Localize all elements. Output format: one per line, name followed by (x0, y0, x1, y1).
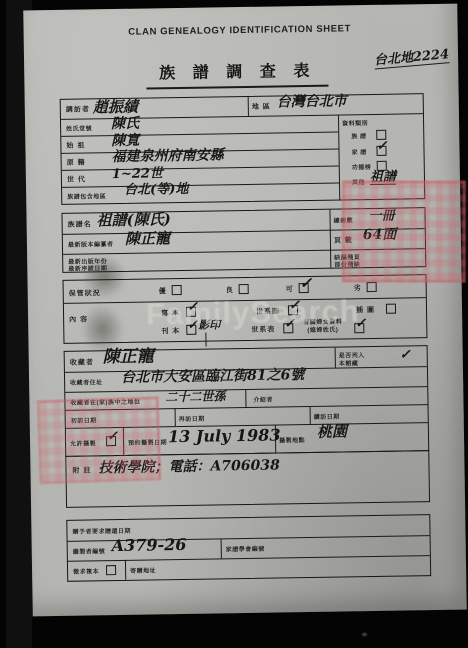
followup-visit-label: 續訪日期 (314, 412, 340, 421)
condition-label: 保管狀況 (69, 288, 101, 299)
introducer-label: 介紹者 (253, 395, 273, 404)
ancestor-label: 始 祖 (66, 140, 85, 150)
origin-label: 原 籍 (67, 157, 86, 167)
clan-value: 陳氏 (111, 117, 139, 131)
divider (338, 115, 340, 200)
owner-value: 陳正寵 (103, 348, 154, 366)
checkbox-illustrations (386, 304, 396, 314)
generations-value: 1~22世 (112, 167, 163, 181)
illustrations-label: 插 圖 (356, 305, 375, 315)
checkmark-printed: ✓ (187, 319, 198, 332)
checkmark-family: ✓ (376, 140, 387, 153)
divider (62, 166, 339, 171)
checkmark-listed: ✓ (400, 348, 411, 361)
checkmark-lineage-chart: ✓ (289, 299, 300, 312)
scanned-page: CLAN GENEALOGY IDENTIFICATION SHEET 族 譜 … (0, 0, 468, 648)
lineage-table-label: 世系表 (251, 325, 275, 335)
donor-return-date-label: 贈予者要求贈還日期 (72, 526, 131, 536)
origin-value: 福建泉州府南安縣 (111, 148, 223, 164)
condition-poor-label: 劣 (354, 283, 362, 293)
divider (64, 297, 426, 304)
checkbox-excellent (172, 285, 182, 295)
table-condition: 保管狀況 優 良 可 ✓ 劣 內 容 寫 本 ✓ 世系圖 ✓ 插 圖 刊 本 ✓… (63, 274, 428, 344)
checkbox-poor (367, 282, 377, 292)
divider (125, 560, 126, 580)
divider (175, 408, 176, 426)
checkmark-women-data: ✓ (355, 317, 366, 330)
divider (310, 406, 311, 424)
divider (68, 555, 430, 562)
compiler-value: 陳正寵 (125, 231, 170, 247)
printed-annotation: 影印 (198, 319, 220, 330)
operator-number-value: A379-26 (112, 537, 187, 554)
filming-date-value: 13 July 1983 (168, 427, 281, 445)
red-seal-stamp-right (342, 180, 466, 282)
generations-label: 世 代 (67, 174, 86, 184)
interviewer-value: 趙振績 (93, 100, 138, 116)
divider (221, 538, 222, 558)
request-copy-label: 徵求複本 (73, 566, 99, 575)
table-numbering: 贈予者要求贈還日期 攝製者編號 A379-26 家譜學會編號 徵求複本 寄贈地址 (66, 514, 431, 582)
category-family-label: 家 譜 (351, 147, 366, 156)
filming-location-value: 桃園 (317, 424, 347, 439)
second-visit-label: 再訪日期 (179, 414, 205, 423)
owner-address-label: 收藏者住址 (70, 377, 103, 387)
listed-label-line2: 本館藏 (339, 358, 359, 367)
paper-sheet: CLAN GENEALOGY IDENTIFICATION SHEET 族 譜 … (23, 4, 466, 617)
ancestor-value: 陳寬 (111, 134, 139, 148)
condition-fair-label: 可 (286, 284, 294, 294)
red-seal-stamp-left (37, 396, 162, 484)
compiler-label: 最新版本編纂者 (68, 239, 114, 249)
divider (248, 97, 249, 116)
manuscript-label: 寫 本 (161, 308, 180, 318)
owner-label: 收藏者 (70, 357, 94, 367)
owner-position-value: 二十二世孫 (165, 390, 225, 403)
divider (62, 183, 339, 188)
genealogy-name-label: 族譜名 (68, 219, 92, 229)
genealogy-name-value: 祖譜(陳氏) (96, 212, 170, 228)
checkmark-lineage-table: ✓ (284, 317, 295, 330)
divider (335, 348, 336, 368)
category-label: 資料類別 (342, 118, 368, 127)
women-data-sublabel: (媳婦姓氏) (307, 325, 338, 334)
annotation-line (205, 333, 206, 347)
society-number-label: 家譜學會編號 (226, 544, 265, 554)
condition-excellent-label: 優 (159, 286, 167, 296)
filming-location-label: 攝製地點 (279, 435, 305, 444)
contents-label: 內 容 (69, 314, 88, 324)
scan-speck (362, 633, 367, 636)
page-title: 族 譜 調 查 表 (146, 58, 328, 90)
interviewer-label: 調訪者 (66, 104, 90, 114)
operator-number-label: 攝製者編號 (73, 546, 106, 556)
coverage-label: 族譜包含地區 (67, 191, 106, 201)
divider (329, 210, 331, 268)
divider (61, 132, 338, 137)
preface-date-label: 最新序跋日期 (68, 263, 107, 273)
checkbox-request-copy (106, 565, 116, 575)
checkmark-fair: ✓ (299, 276, 312, 291)
area-label: 地 區 (252, 102, 271, 112)
mailing-address-label: 寄贈地址 (130, 565, 156, 574)
clan-label: 姓氏堂號 (66, 123, 92, 132)
checkmark-manuscript: ✓ (187, 301, 198, 314)
checkbox-good (239, 284, 249, 294)
divider (245, 389, 246, 407)
lineage-chart-label: 世系圖 (256, 306, 280, 316)
category-merit-label: 功德榜 (352, 162, 372, 171)
condition-good-label: 良 (226, 285, 234, 295)
coverage-value: 台北(等)地 (124, 183, 189, 197)
owner-address-value: 台北市大安區臨江街81之6號 (121, 368, 304, 385)
area-value: 台灣台北市 (277, 94, 347, 109)
corner-note: 台北地2224 (374, 48, 450, 69)
page-header: CLAN GENEALOGY IDENTIFICATION SHEET (59, 22, 421, 39)
printed-label: 刊 本 (161, 326, 180, 336)
category-genealogy-label: 族 譜 (351, 131, 366, 140)
